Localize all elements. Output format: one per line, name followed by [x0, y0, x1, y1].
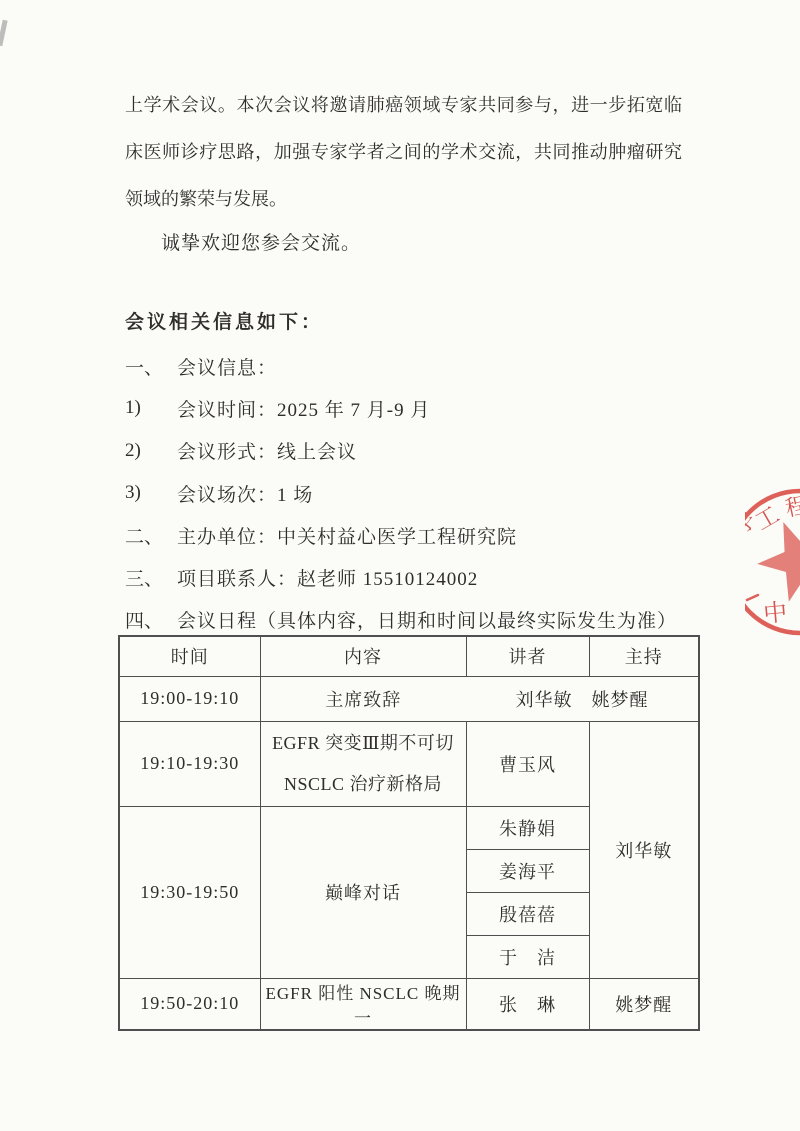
- info-item-organizer: 二、 主办单位：中关村益心医学工程研究院: [125, 514, 677, 556]
- table-row-lecture2: 19:50-20:10 EGFR 阳性 NSCLC 晚期一 张 琳 姚梦醒: [119, 978, 699, 1030]
- agenda-table: 时间 内容 讲者 主持 19:00-19:10 主席致辞 刘华敏 姚梦醒 19:…: [118, 635, 700, 1031]
- info-text: 会议形式：线上会议: [177, 437, 357, 464]
- list-marker: 四、: [125, 606, 177, 633]
- list-marker: 3): [125, 482, 177, 504]
- speaker-cell: 姜海平: [466, 849, 589, 892]
- info-text: 项目联系人：赵老师 15510124002: [177, 564, 478, 591]
- time-cell: 19:50-20:10: [119, 978, 260, 1030]
- intro-line-3: 领域的繁荣与发展。: [125, 176, 682, 223]
- host-cell: 姚梦醒: [589, 978, 699, 1030]
- info-item-meeting-info: 一、 会议信息：: [125, 345, 677, 387]
- host-cell-merged: 刘华敏: [589, 721, 699, 978]
- speaker-cell: 曹玉风: [466, 721, 589, 806]
- content-line-2: NSCLC 治疗新格局: [261, 764, 466, 805]
- scan-artifact: [0, 20, 8, 46]
- info-item-contact: 三、 项目联系人：赵老师 15510124002: [125, 556, 677, 598]
- content-cell: EGFR 突变Ⅲ期不可切 NSCLC 治疗新格局: [260, 721, 466, 806]
- time-cell: 19:00-19:10: [119, 676, 260, 721]
- intro-line-1: 上学术会议。本次会议将邀请肺癌领域专家共同参与，进一步拓宽临: [125, 82, 682, 129]
- list-marker: 1): [125, 397, 177, 419]
- info-text: 会议日程（具体内容，日期和时间以最终实际发生为准）: [177, 606, 677, 633]
- content-line-1: EGFR 突变Ⅲ期不可切: [261, 723, 466, 764]
- list-marker: 一、: [125, 353, 177, 380]
- list-marker: 二、: [125, 522, 177, 549]
- col-header-content: 内容: [260, 636, 466, 676]
- opening-merged-cell: 主席致辞 刘华敏 姚梦醒: [260, 676, 699, 721]
- list-marker: 三、: [125, 564, 177, 591]
- speaker-cell: 殷蓓蓓: [466, 892, 589, 935]
- info-list: 一、 会议信息： 1) 会议时间：2025 年 7 月-9 月 2) 会议形式：…: [125, 345, 677, 641]
- list-marker: 2): [125, 440, 177, 462]
- speaker-cell: 朱静娟: [466, 806, 589, 849]
- seal-char-right: 程: [783, 492, 800, 521]
- section-heading: 会议相关信息如下：: [125, 302, 323, 344]
- info-text: 会议时间：2025 年 7 月-9 月: [177, 395, 430, 422]
- info-item-meeting-time: 1) 会议时间：2025 年 7 月-9 月: [125, 387, 677, 429]
- time-cell: 19:10-19:30: [119, 721, 260, 806]
- content-cell: 巅峰对话: [260, 806, 466, 978]
- intro-paragraph: 上学术会议。本次会议将邀请肺癌领域专家共同参与，进一步拓宽临 床医师诊疗思路，加…: [125, 82, 682, 223]
- table-row-lecture1: 19:10-19:30 EGFR 突变Ⅲ期不可切 NSCLC 治疗新格局 曹玉风…: [119, 721, 699, 806]
- content-cell: EGFR 阳性 NSCLC 晚期一: [260, 978, 466, 1030]
- col-header-speaker: 讲者: [466, 636, 589, 676]
- intro-line-2: 床医师诊疗思路，加强专家学者之间的学术交流，共同推动肿瘤研究: [125, 129, 682, 176]
- info-text: 会议场次：1 场: [177, 480, 313, 507]
- time-cell: 19:30-19:50: [119, 806, 260, 978]
- hosts-cell: 刘华敏 姚梦醒: [466, 686, 698, 712]
- content-cell: 主席致辞: [261, 686, 467, 712]
- info-item-meeting-format: 2) 会议形式：线上会议: [125, 430, 677, 472]
- speaker-cell: 张 琳: [466, 978, 589, 1030]
- speaker-cell: 于 洁: [466, 935, 589, 978]
- seal-stroke: [747, 595, 758, 600]
- table-row-opening: 19:00-19:10 主席致辞 刘华敏 姚梦醒: [119, 676, 699, 721]
- info-text: 主办单位：中关村益心医学工程研究院: [177, 522, 517, 549]
- welcome-line: 诚挚欢迎您参会交流。: [161, 220, 361, 267]
- col-header-host: 主持: [589, 636, 699, 676]
- info-text: 会议信息：: [177, 353, 277, 380]
- table-header-row: 时间 内容 讲者 主持: [119, 636, 699, 676]
- col-header-time: 时间: [119, 636, 260, 676]
- official-seal: 学 工 程 中: [745, 460, 800, 670]
- seal-char-bottom: 中: [762, 599, 788, 628]
- info-item-meeting-sessions: 3) 会议场次：1 场: [125, 472, 677, 514]
